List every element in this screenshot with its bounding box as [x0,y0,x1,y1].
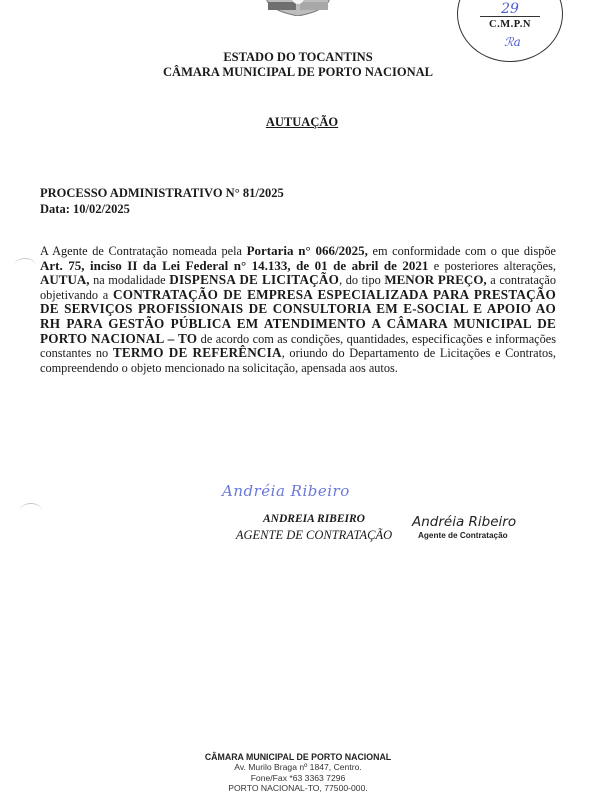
footer: CÂMARA MUNICIPAL DE PORTO NACIONAL Av. M… [0,752,596,794]
text-segment: na modalidade [89,273,169,287]
stamp-page-number: 29 [458,1,562,17]
bold-text-segment: Portaria n° 066/2025, [247,243,368,258]
bold-text-segment: TERMO DE REFERÊNCIA [113,345,282,360]
text-segment: e posteriores alterações, [428,259,556,273]
stamp-label: C.M.P.N [458,19,562,30]
footer-address: Av. Murilo Braga nº 1847, Centro. [0,762,596,772]
text-segment: , do tipo [339,273,384,287]
bold-text-segment: MENOR PREÇO, [384,272,486,287]
coat-of-arms-icon [262,0,334,16]
document-title: AUTUAÇÃO [266,115,338,129]
process-date: Data: 10/02/2025 [40,201,284,217]
process-number: PROCESSO ADMINISTRATIVO N° 81/2025 [40,185,284,201]
stamp-rubric: ℛa [504,35,521,49]
process-block: PROCESSO ADMINISTRATIVO N° 81/2025 Data:… [40,185,284,217]
text-segment: em conformidade com o que dispõe [368,244,556,258]
name-stamp-role: Agente de Contratação [418,531,508,540]
stamp-divider [480,16,540,17]
margin-mark [14,258,36,273]
bold-text-segment: AUTUA, [40,272,89,287]
header-chamber: CÂMARA MUNICIPAL DE PORTO NACIONAL [0,65,596,80]
text-segment: A Agente de Contratação nomeada pela [40,244,247,258]
handwritten-signature: Andréia Ribeiro [222,482,350,500]
name-stamp: Andréia Ribeiro [412,514,516,530]
bold-text-segment: Art. 75, inciso II da Lei Federal n° 14.… [40,258,428,273]
signer-role: AGENTE DE CONTRATAÇÃO [228,528,400,543]
footer-title: CÂMARA MUNICIPAL DE PORTO NACIONAL [0,752,596,762]
margin-mark [20,503,42,518]
body-paragraph: A Agente de Contratação nomeada pela Por… [40,244,556,375]
signer-name: ANDREIA RIBEIRO [228,513,400,525]
footer-city: PORTO NACIONAL-TO, 77500-000. [0,783,596,793]
bold-text-segment: DISPENSA DE LICITAÇÃO [169,272,339,287]
document-title-wrap: AUTUAÇÃO [0,113,596,131]
header-state: ESTADO DO TOCANTINS [0,50,596,65]
footer-phone: Fone/Fax *63 3363 7296 [0,773,596,783]
